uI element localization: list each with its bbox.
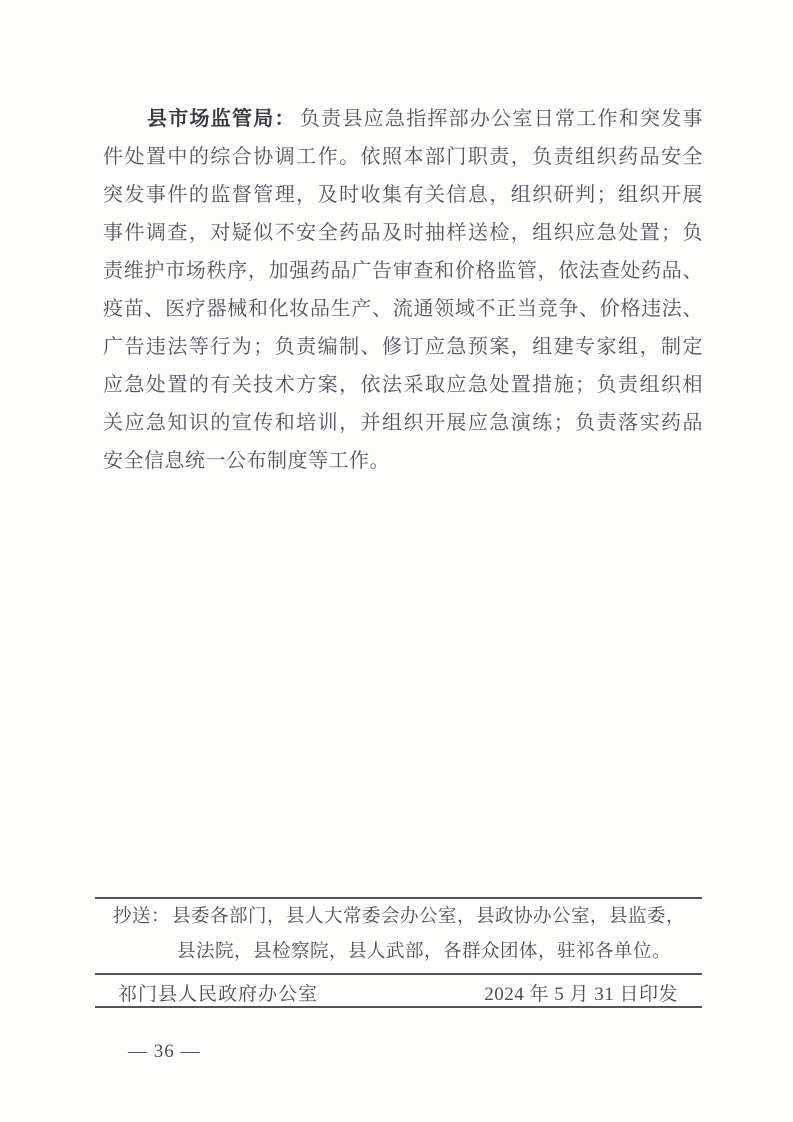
org-name-lead: 县市场监管局：: [147, 108, 296, 130]
paragraph-line-text: 负责县应急指挥部办公室日常工作和突发事: [300, 108, 703, 130]
paragraph-line: 县市场监管局：负责县应急指挥部办公室日常工作和突发事: [103, 100, 703, 138]
paragraph-line: 关应急知识的宣传和培训，并组织开展应急演练；负责落实药品: [103, 404, 703, 442]
paragraph-line: 突发事件的监督管理，及时收集有关信息，组织研判；组织开展: [103, 176, 703, 214]
page-number: — 36 —: [128, 1041, 201, 1063]
issuer-row: 祁门县人民政府办公室 2024 年 5 月 31 日印发: [95, 979, 702, 1005]
issuing-office: 祁门县人民政府办公室: [118, 979, 318, 1006]
main-paragraph: 县市场监管局：负责县应急指挥部办公室日常工作和突发事 件处置中的综合协调工作。依…: [103, 100, 703, 480]
copy-to-line: 县法院，县检察院，县人武部，各群众团体，驻祁各单位。: [177, 940, 671, 964]
print-date: 2024 年 5 月 31 日印发: [484, 979, 678, 1006]
copy-to-line: 抄送：县委各部门，县人大常委会办公室，县政协办公室，县监委，: [113, 905, 685, 929]
paragraph-line: 疫苗、医疗器械和化妆品生产、流通领域不正当竞争、价格违法、: [103, 290, 703, 328]
paragraph-line: 应急处置的有关技术方案，依法采取应急处置措施；负责组织相: [103, 366, 703, 404]
paragraph-line: 件处置中的综合协调工作。依照本部门职责，负责组织药品安全: [103, 138, 703, 176]
paragraph-line: 责维护市场秩序，加强药品广告审查和价格监管，依法查处药品、: [103, 252, 703, 290]
footer-divider-top: [95, 897, 702, 899]
paragraph-line: 广告违法等行为；负责编制、修订应急预案，组建专家组，制定: [103, 328, 703, 366]
paragraph-line: 安全信息统一公布制度等工作。: [103, 442, 703, 480]
paragraph-line: 事件调查，对疑似不安全药品及时抽样送检，组织应急处置；负: [103, 214, 703, 252]
copy-to-label: 抄送：: [113, 907, 170, 927]
footer-divider-bottom: [95, 1006, 702, 1008]
footer-divider-middle: [95, 973, 702, 975]
copy-to-recipients: 县委各部门，县人大常委会办公室，县政协办公室，县监委，: [172, 907, 685, 927]
document-page: 县市场监管局：负责县应急指挥部办公室日常工作和突发事 件处置中的综合协调工作。依…: [0, 0, 793, 1122]
